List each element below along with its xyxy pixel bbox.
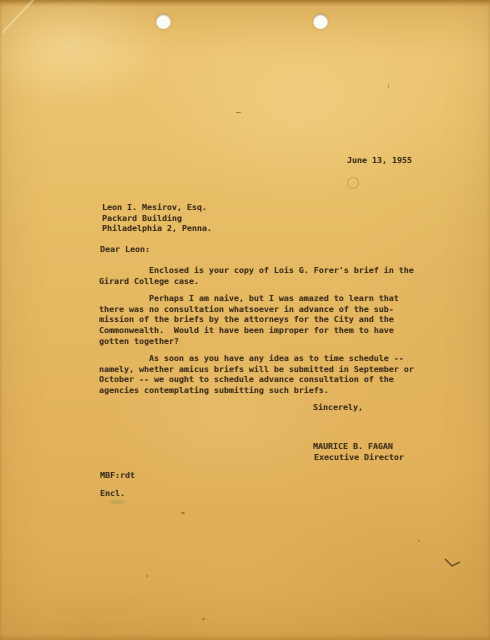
closing-line: Sincerely, <box>313 402 363 413</box>
punch-hole-left-icon <box>156 14 171 29</box>
punch-hole-right-icon <box>313 14 328 29</box>
paper-speck <box>387 83 389 89</box>
body-paragraph-1: Enclosed is your copy of Lois G. Forer's… <box>99 265 414 286</box>
paper-smudge <box>109 500 125 504</box>
ink-squiggle <box>443 556 463 570</box>
body-paragraph-3: As soon as you have any idea as to time … <box>99 353 414 396</box>
paper-speck <box>146 575 148 577</box>
body-paragraph-2: Perhaps I am naive, but I was amazed to … <box>99 293 399 347</box>
enclosure-notation: Encl. <box>100 488 125 499</box>
letter-date: June 13, 1955 <box>347 155 412 166</box>
letter-page: June 13, 1955 Leon I. Mesirov, Esq. Pack… <box>0 0 490 640</box>
signature-name: MAURICE B. FAGAN <box>313 441 393 452</box>
recipient-address-block: Leon I. Mesirov, Esq. Packard Building P… <box>102 202 212 234</box>
salutation: Dear Leon: <box>100 244 150 255</box>
paper-speck <box>236 112 241 114</box>
typist-initials: MBF:rdt <box>100 470 135 481</box>
paper-speck <box>202 617 205 620</box>
paper-speck <box>181 511 185 514</box>
paper-crease <box>2 0 39 34</box>
signature-title: Executive Director <box>314 452 404 463</box>
stain-ring <box>347 177 359 189</box>
paper-speck <box>418 540 420 542</box>
